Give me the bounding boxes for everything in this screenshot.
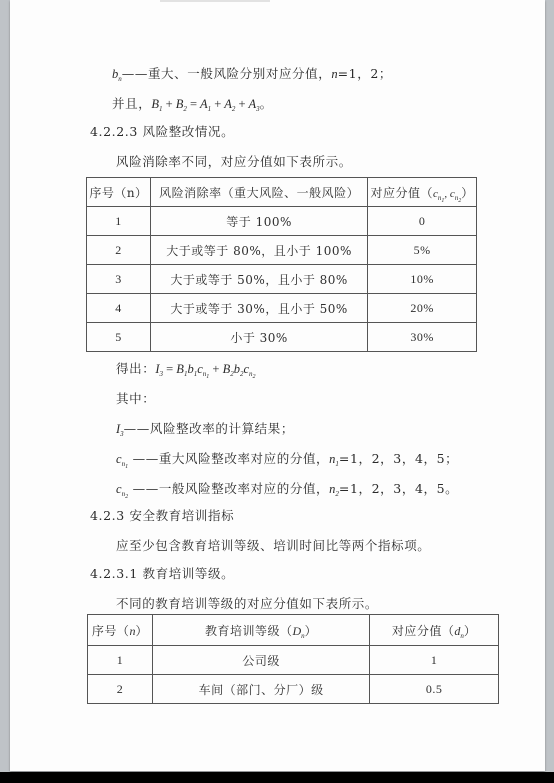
table-row: 2 大于或等于 80%，且小于 100% 5% — [87, 236, 477, 265]
document-page: bn——重大、一般风险分别对应分值，n=1，2； 并且，B1 + B2 = A1… — [10, 0, 545, 771]
table-row: 1 等于 100% 0 — [87, 207, 477, 236]
cn1-definition: cn1 ——重大风险整改率对应的分值，n1=1，2，3，4，5； — [116, 451, 458, 467]
training-level-table: 序号（n） 教育培训等级（Dn） 对应分值（dn） 1 公司级 1 2 车间（部… — [87, 614, 499, 704]
result-formula: I3 = B1b1cn1 + B2b2cn2 — [155, 362, 255, 376]
table-row: 2 车间（部门、分厂）级 0.5 — [88, 675, 499, 704]
heading-4-2-3: 4.2.3 安全教育培训指标 — [90, 508, 234, 524]
paragraph-4-2-3: 应至少包含教育培训等级、培训时间比等两个指标项。 — [116, 538, 430, 554]
bn-definition: bn——重大、一般风险分别对应分值，n=1，2； — [112, 66, 392, 82]
table-row: 4 大于或等于 30%，且小于 50% 20% — [87, 294, 477, 323]
table1-intro: 风险消除率不同，对应分值如下表所示。 — [116, 154, 352, 170]
header-cell: 序号（n） — [88, 615, 153, 646]
cn2-definition: cn2 ——一般风险整改率对应的分值，n2=1，2，3，4，5。 — [116, 481, 458, 497]
scan-frame: bn——重大、一般风险分别对应分值，n=1，2； 并且，B1 + B2 = A1… — [0, 0, 554, 772]
result-formula-line: 得出：I3 = B1b1cn1 + B2b2cn2 — [116, 361, 256, 377]
header-cell: 对应分值（cn1, cn2） — [368, 178, 477, 207]
table-row: 1 公司级 1 — [88, 646, 499, 675]
risk-rectification-table: 序号（n） 风险消除率（重大风险、一般风险） 对应分值（cn1, cn2） 1 … — [86, 177, 477, 352]
table-header-row: 序号（n） 风险消除率（重大风险、一般风险） 对应分值（cn1, cn2） — [87, 178, 477, 207]
table-row: 3 大于或等于 50%，且小于 80% 10% — [87, 265, 477, 294]
header-cell: 风险消除率（重大风险、一般风险） — [150, 178, 367, 207]
table-row: 5 小于 30% 30% — [87, 323, 477, 352]
table-header-row: 序号（n） 教育培训等级（Dn） 对应分值（dn） — [88, 615, 499, 646]
table2-intro: 不同的教育培训等级的对应分值如下表所示。 — [116, 596, 378, 612]
sum-equation: 并且，B1 + B2 = A1 + A2 + A3。 — [112, 96, 273, 112]
header-cell: 序号（n） — [87, 178, 151, 207]
where-label: 其中： — [116, 391, 155, 407]
heading-4-2-2-3: 4.2.2.3 风险整改情况。 — [90, 124, 234, 140]
i3-definition: I3——风险整改率的计算结果； — [116, 421, 294, 437]
bn-symbol: bn — [112, 67, 122, 81]
heading-4-2-3-1: 4.2.3.1 教育培训等级。 — [90, 566, 234, 582]
header-cell: 教育培训等级（Dn） — [152, 615, 369, 646]
header-cell: 对应分值（dn） — [370, 615, 499, 646]
sum-formula: B1 + B2 = A1 + A2 + A3 — [151, 97, 259, 111]
bleed-through-mark — [160, 0, 270, 2]
